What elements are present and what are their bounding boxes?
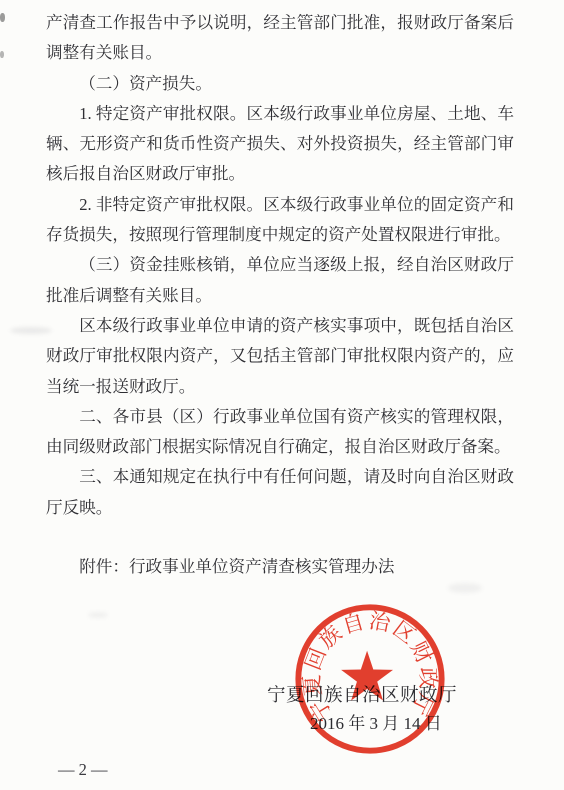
body-paragraph: 2. 非特定资产审批权限。区本级行政事业单位的固定资产和存货损失，按照现行管理制… [46, 190, 514, 251]
body-paragraph: 二、各市县（区）行政事业单位国有资产核实的管理权限，由同级财政部门根据实际情况自… [46, 402, 514, 463]
document-body: 产清查工作报告中予以说明，经主管部门批准，报财政厅备案后调整有关账目。 （二）资… [46, 8, 514, 582]
scan-smudge [88, 612, 108, 618]
body-paragraph: 区本级行政事业单位申请的资产核实事项中，既包括自治区财政厅审批权限内资产，又包括… [46, 311, 514, 402]
body-paragraph: 三、本通知规定在执行中有任何问题，请及时向自治区财政厅反映。 [46, 462, 514, 523]
page-number: — 2 — [58, 760, 108, 780]
seal-star-icon [341, 651, 393, 701]
body-paragraph: 产清查工作报告中予以说明，经主管部门批准，报财政厅备案后调整有关账目。 [46, 8, 514, 69]
scan-smudge [448, 583, 482, 593]
body-paragraph: （三）资金挂账核销，单位应当逐级上报，经自治区财政厅批准后调整有关账目。 [46, 250, 514, 311]
scan-speck [0, 51, 4, 58]
document-page: 产清查工作报告中予以说明，经主管部门批准，报财政厅备案后调整有关账目。 （二）资… [0, 0, 564, 790]
official-seal-stamp: 宁夏回族自治区财政厅 [292, 601, 448, 757]
body-paragraph: 1. 特定资产审批权限。区本级行政事业单位房屋、土地、车辆、无形资产和货币性资产… [46, 99, 514, 190]
attachment-line: 附件：行政事业单位资产清查核实管理办法 [46, 552, 514, 582]
scan-speck [0, 13, 5, 22]
body-paragraph: （二）资产损失。 [46, 69, 514, 99]
scan-smudge [10, 327, 52, 334]
